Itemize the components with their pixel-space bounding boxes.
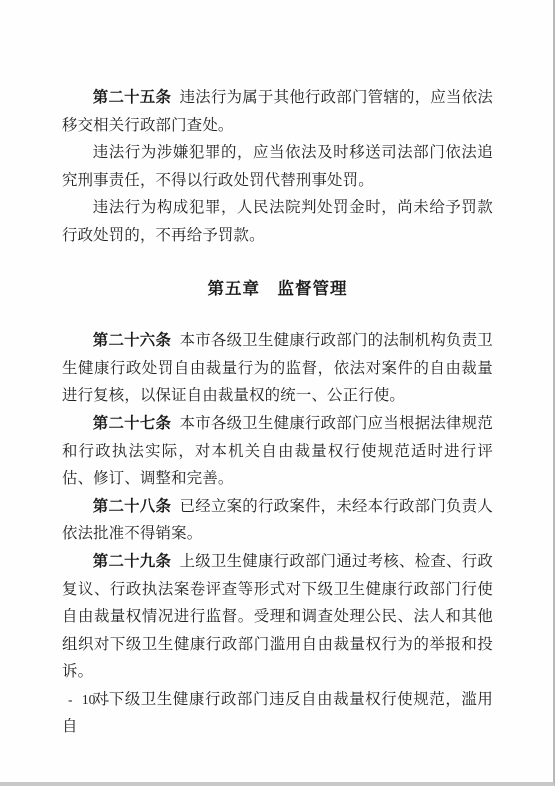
chapter-heading: 第五章 监督管理 (62, 276, 493, 304)
page-number: - 10 - (68, 692, 109, 708)
document-page: 第二十五条违法行为属于其他行政部门管辖的，应当依法移交相关行政部门查处。 违法行… (0, 0, 555, 786)
article-number-25: 第二十五条 (93, 89, 171, 106)
paragraph-article-26: 第二十六条本市各级卫生健康行政部门的法制机构负责卫生健康行政处罚自由裁量行为的监… (62, 327, 493, 410)
paragraph-article-25-cont-1: 违法行为涉嫌犯罪的，应当依法及时移送司法部门依法追究刑事责任，不得以行政处罚代替… (62, 139, 493, 194)
article-number-27: 第二十七条 (93, 415, 171, 432)
paragraph-text: 对下级卫生健康行政部门违反自由裁量权行使规范，滥用自 (62, 691, 493, 736)
document-body: 第二十五条违法行为属于其他行政部门管辖的，应当依法移交相关行政部门查处。 违法行… (62, 84, 493, 741)
paragraph-article-27: 第二十七条本市各级卫生健康行政部门应当根据法律规范和行政执法实际，对本机关自由裁… (62, 410, 493, 493)
paragraph-text: 违法行为涉嫌犯罪的，应当依法及时移送司法部门依法追究刑事责任，不得以行政处罚代替… (62, 144, 493, 189)
paragraph-article-29: 第二十九条上级卫生健康行政部门通过考核、检查、行政复议、行政执法案卷评查等形式对… (62, 548, 493, 686)
article-number-28: 第二十八条 (93, 498, 171, 515)
paragraph-text: 违法行为构成犯罪，人民法院判处罚金时，尚未给予罚款行政处罚的，不再给予罚款。 (62, 199, 493, 244)
paragraph-text: 上级卫生健康行政部门通过考核、检查、行政复议、行政执法案卷评查等形式对下级卫生健… (62, 553, 493, 680)
article-number-26: 第二十六条 (93, 332, 171, 349)
paragraph-article-29-cont: 对下级卫生健康行政部门违反自由裁量权行使规范，滥用自 (62, 686, 493, 741)
paragraph-article-25-cont-2: 违法行为构成犯罪，人民法院判处罚金时，尚未给予罚款行政处罚的，不再给予罚款。 (62, 194, 493, 249)
paragraph-article-28: 第二十八条已经立案的行政案件，未经本行政部门负责人依法批准不得销案。 (62, 493, 493, 548)
paragraph-article-25: 第二十五条违法行为属于其他行政部门管辖的，应当依法移交相关行政部门查处。 (62, 84, 493, 139)
article-number-29: 第二十九条 (93, 553, 171, 570)
